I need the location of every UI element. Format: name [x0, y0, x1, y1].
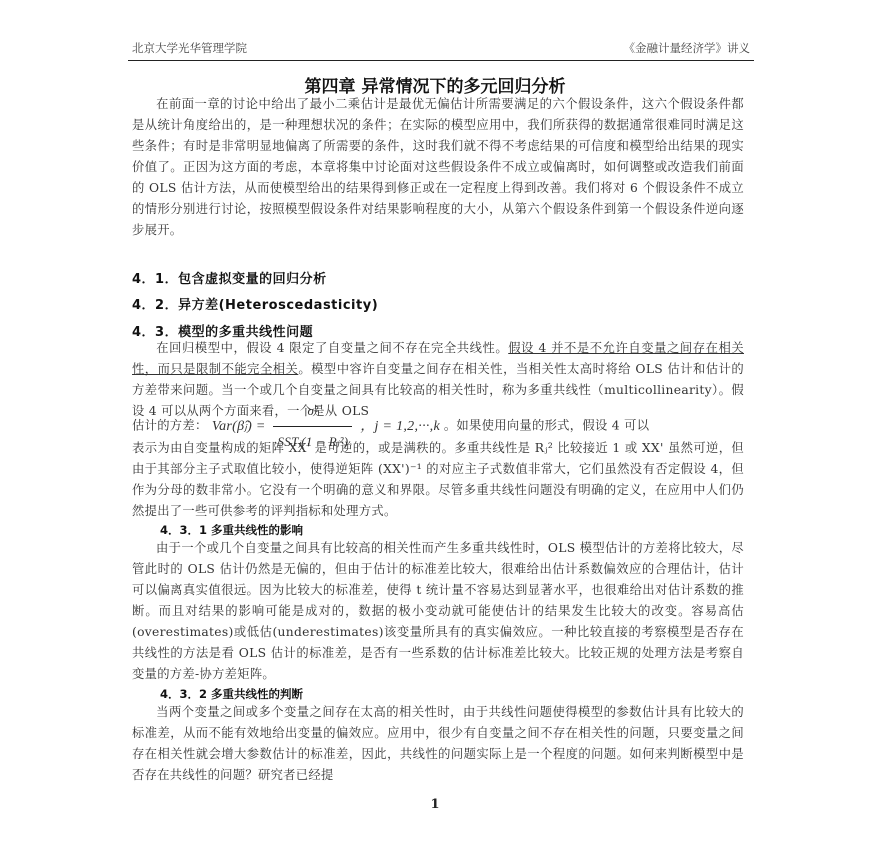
intro-paragraph: 在前面一章的讨论中给出了最小二乘估计是最优无偏估计所需要满足的六个假设条件，这六… — [132, 94, 744, 241]
page-number: 1 — [0, 797, 870, 812]
section-4-2-heading: 4．2．异方差(Heteroscedasticity) — [132, 294, 378, 313]
document-page: 北京大学光华管理学院 《金融计量经济学》讲义 第四章 异常情况下的多元回归分析 … — [0, 0, 870, 842]
header-institution: 北京大学光华管理学院 — [132, 40, 247, 56]
section-4-3-2-heading: 4．3．2 多重共线性的判断 — [160, 686, 303, 702]
section-4-3-2-paragraph: 当两个变量之间或多个变量之间存在太高的相关性时，由于共线性问题使得模型的参数估计… — [132, 702, 744, 786]
variance-formula: Var(β̂ⱼ) = σ² SSTⱼ(1 − Rⱼ²) ，j = 1,2,···… — [212, 419, 444, 434]
section-4-3-1-heading: 4．3．1 多重共线性的影响 — [160, 522, 303, 538]
header-course-title: 《金融计量经济学》讲义 — [624, 40, 751, 56]
section-4-3-1-paragraph: 由于一个或几个自变量之间具有比较高的相关性而产生多重共线性时，OLS 模型估计的… — [132, 538, 744, 685]
page-header: 北京大学光华管理学院 《金融计量经济学》讲义 — [128, 38, 754, 61]
intro-text: 在前面一章的讨论中给出了最小二乘估计是最优无偏估计所需要满足的六个假设条件，这六… — [132, 97, 744, 237]
section-4-1-heading: 4．1．包含虚拟变量的回归分析 — [132, 268, 327, 287]
section-4-3-paragraph-2: 表示为由自变量构成的矩阵 XX' 是可逆的，或是满秩的。多重共线性是 Rⱼ² 比… — [132, 438, 744, 522]
